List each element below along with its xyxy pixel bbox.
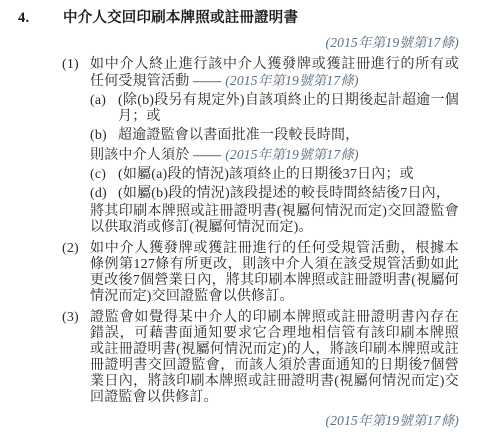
amendment-citation: (2015年第19號第17條) [326, 413, 460, 428]
paragraph-2: (2) 如中介人獲發牌或獲註冊進行的任何受規管活動，根據本條例第127條有所更改… [62, 241, 459, 305]
paragraph-number: (2) [62, 241, 90, 305]
subitem-b: (b) 超逾證監會以書面批准一段較長時間， [90, 128, 459, 144]
amendment-citation: (2015年第19號第17條) [326, 35, 460, 50]
paragraph-content: 如中介人終止進行該中介人獲發牌或獲註冊進行的所有或任何受規管活動 —— (201… [90, 57, 459, 236]
paragraph-bridge: 則該中介人須於 —— (2015年第19號第17條) [90, 147, 459, 164]
subitem-label: (a) [90, 93, 118, 125]
document-page: 4. 中介人交回印刷本牌照或註冊證明書 (2015年第19號第17條) (1) … [0, 0, 485, 440]
paragraph-text: 則該中介人須於 —— [90, 148, 225, 163]
paragraph-text: 證監會如覺得某中介人的印刷本牌照或註冊證明書內存在錯誤，可藉書面通知要求它合理地… [90, 310, 459, 406]
paragraph-number: (3) [62, 310, 90, 406]
section-number: 4. [18, 10, 63, 26]
paragraph-intro: 如中介人終止進行該中介人獲發牌或獲註冊進行的所有或任何受規管活動 —— (201… [90, 57, 459, 90]
subitem-c: (c) (如屬(a)段的情況)該項終止的日期後37日內；或 [90, 167, 459, 183]
subitem-label: (b) [90, 128, 118, 144]
section-body: (1) 如中介人終止進行該中介人獲發牌或獲註冊進行的所有或任何受規管活動 —— … [62, 57, 459, 406]
subitem-label: (c) [90, 167, 118, 183]
subitem-d: (d) (如屬(b)段的情況)該段提述的較長時間終結後7日內， [90, 186, 459, 202]
subitem-text: (除(b)段另有規定外)自該項終止的日期後起計超逾一個月；或 [118, 93, 459, 125]
subitem-text: 超逾證監會以書面批准一段較長時間， [118, 128, 459, 144]
amendment-note-top: (2015年第19號第17條) [18, 35, 459, 52]
paragraph-3: (3) 證監會如覺得某中介人的印刷本牌照或註冊證明書內存在錯誤，可藉書面通知要求… [62, 310, 459, 406]
section-heading: 4. 中介人交回印刷本牌照或註冊證明書 [18, 10, 459, 26]
subitem-text: (如屬(b)段的情況)該段提述的較長時間終結後7日內， [118, 186, 459, 202]
section-title: 中介人交回印刷本牌照或註冊證明書 [63, 10, 298, 26]
amendment-note-bottom: (2015年第19號第17條) [18, 413, 459, 430]
amendment-citation-inline: (2015年第19號第17條) [225, 73, 359, 88]
paragraph-number: (1) [62, 57, 90, 236]
amendment-citation-inline: (2015年第19號第17條) [225, 147, 359, 162]
paragraph-closing: 將其印刷本牌照或註冊證明書(視屬何情況而定)交回證監會以供取消或修訂(視屬何情況… [90, 204, 459, 236]
paragraph-1: (1) 如中介人終止進行該中介人獲發牌或獲註冊進行的所有或任何受規管活動 —— … [62, 57, 459, 236]
subitem-label: (d) [90, 186, 118, 202]
subitem-text: (如屬(a)段的情況)該項終止的日期後37日內；或 [118, 167, 459, 183]
subitem-a: (a) (除(b)段另有規定外)自該項終止的日期後起計超逾一個月；或 [90, 93, 459, 125]
paragraph-text: 如中介人獲發牌或獲註冊進行的任何受規管活動，根據本條例第127條有所更改，則該中… [90, 241, 459, 305]
